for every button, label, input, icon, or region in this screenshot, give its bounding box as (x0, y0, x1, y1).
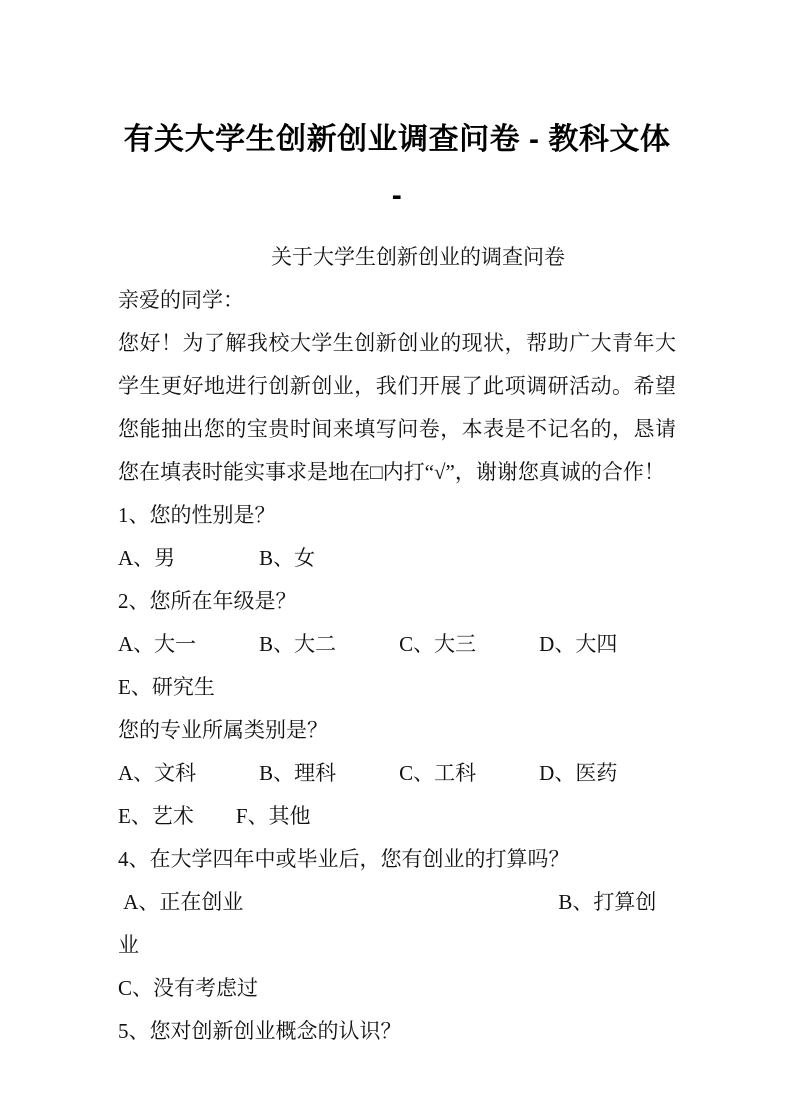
document-title: 有关大学生创新创业调查问卷 - 教科文体 - (118, 112, 676, 224)
document-title-line2: - (118, 168, 676, 224)
question-2-options-row1: A、大一 B、大二 C、大三 D、大四 (118, 623, 676, 666)
question-3-options-row2: E、艺术 F、其他 (118, 795, 676, 838)
question-list: 1、您的性别是？ A、男 B、女 2、您所在年级是？ A、大一 B、大二 C、大… (118, 494, 676, 1053)
question-4: 4、在大学四年中或毕业后，您有创业的打算吗？ (118, 838, 676, 881)
document-page: 有关大学生创新创业调查问卷 - 教科文体 - 关于大学生创新创业的调查问卷 亲爱… (0, 0, 792, 1120)
question-2-options-row2: E、研究生 (118, 666, 676, 709)
intro-paragraph: 您好！为了解我校大学生创新创业的现状，帮助广大青年大学生更好地进行创新创业，我们… (118, 322, 676, 494)
question-3-options-row1: A、文科 B、理科 C、工科 D、医药 (118, 752, 676, 795)
questionnaire-heading: 关于大学生创新创业的调查问卷 (118, 236, 676, 279)
document-title-line1: 有关大学生创新创业调查问卷 - 教科文体 (118, 112, 676, 168)
question-3: 您的专业所属类别是？ (118, 709, 676, 752)
salutation: 亲爱的同学： (118, 279, 676, 322)
question-2: 2、您所在年级是？ (118, 580, 676, 623)
question-5: 5、您对创新创业概念的认识？ (118, 1010, 676, 1053)
question-4-options-row2: C、没有考虑过 (118, 967, 676, 1010)
question-1-options: A、男 B、女 (118, 537, 676, 580)
question-1: 1、您的性别是？ (118, 494, 676, 537)
question-4-options-row1: A、正在创业 B、打算创业 (118, 881, 676, 967)
